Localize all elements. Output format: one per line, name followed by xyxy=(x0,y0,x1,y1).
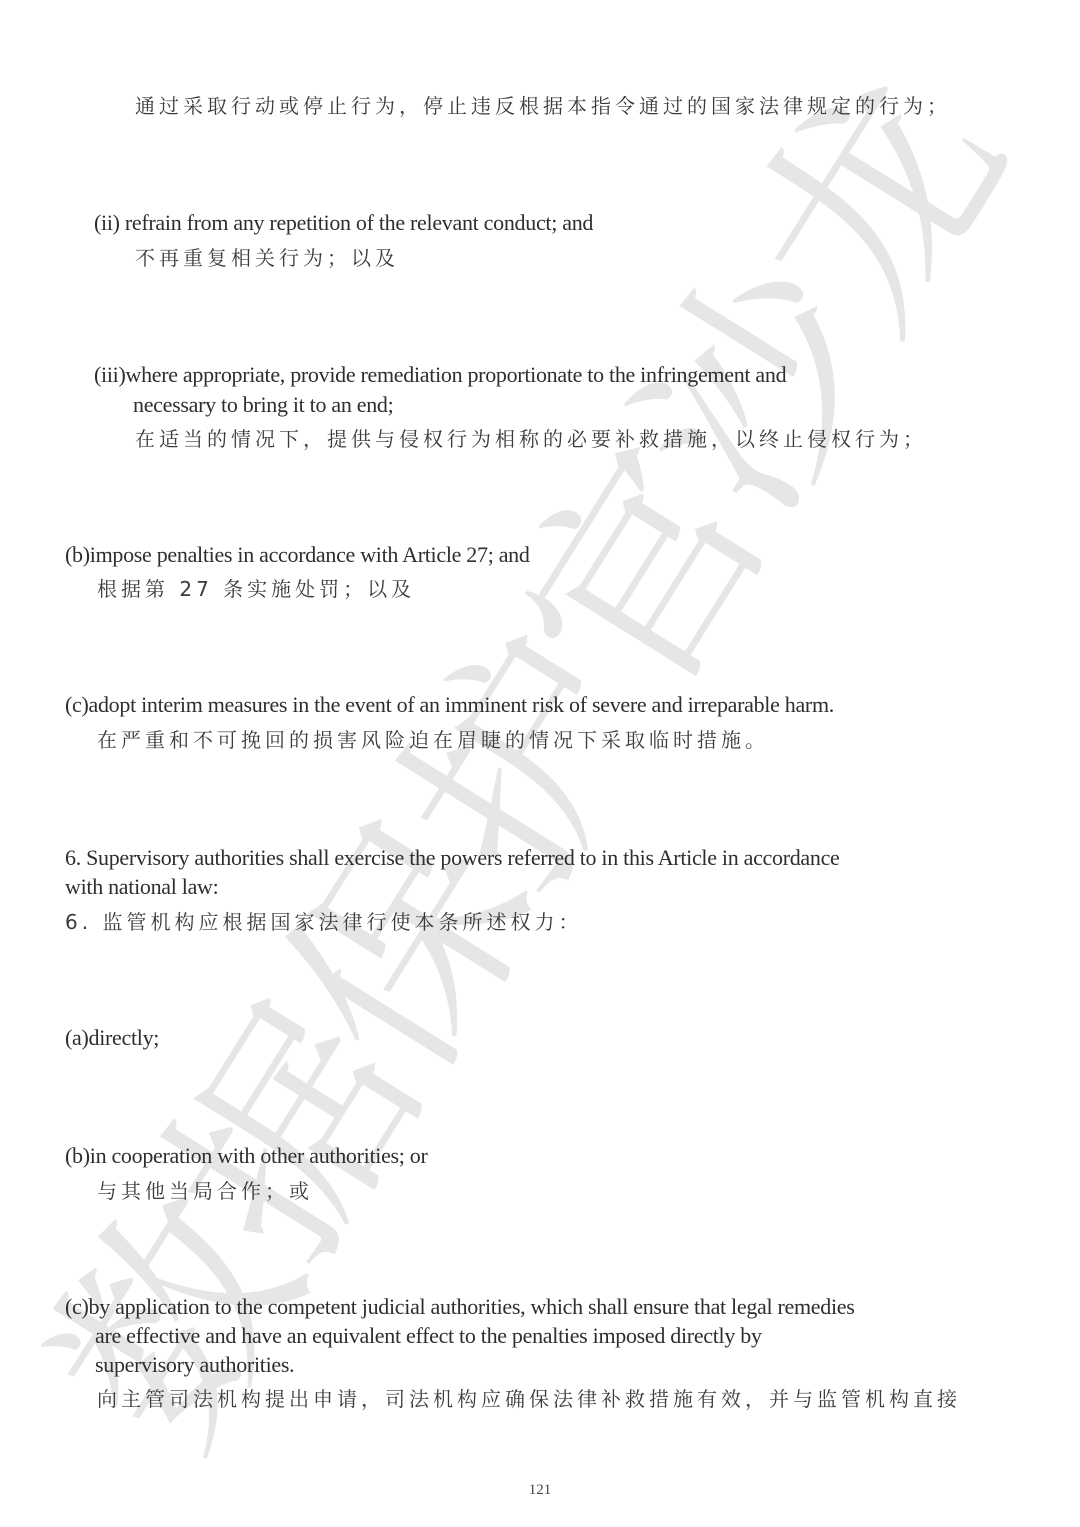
item-b-cooperation-en: (b)in cooperation with other authorities… xyxy=(65,1143,428,1169)
para-6-en-1: 6. Supervisory authorities shall exercis… xyxy=(65,845,840,871)
item-ii-zh: 不再重复相关行为；以及 xyxy=(135,242,399,271)
item-c-interim-en: (c)adopt interim measures in the event o… xyxy=(65,692,834,718)
item-b-penalties-en: (b)impose penalties in accordance with A… xyxy=(65,542,530,568)
cont-zh: 通过采取行动或停止行为，停止违反根据本指令通过的国家法律规定的行为； xyxy=(135,90,951,119)
item-iii-zh: 在适当的情况下，提供与侵权行为相称的必要补救措施，以终止侵权行为； xyxy=(135,423,927,452)
para-6-zh: 6. 监管机构应根据国家法律行使本条所述权力： xyxy=(65,906,582,935)
item-iii-en-1: (iii)where appropriate, provide remediat… xyxy=(94,362,786,388)
item-a-directly-en: (a)directly; xyxy=(65,1025,159,1051)
item-iii-en-2: necessary to bring it to an end; xyxy=(133,392,393,418)
item-ii-en: (ii) refrain from any repetition of the … xyxy=(94,210,593,236)
para-6-en-2: with national law: xyxy=(65,874,218,900)
item-c-interim-zh: 在严重和不可挽回的损害风险迫在眉睫的情况下采取临时措施。 xyxy=(97,724,769,753)
item-c-judicial-en-3: supervisory authorities. xyxy=(95,1352,294,1378)
item-c-judicial-en-2: are effective and have an equivalent eff… xyxy=(95,1323,762,1349)
page-number: 121 xyxy=(0,1482,1080,1499)
watermark: 数据保护官沙龙 xyxy=(0,133,983,1496)
item-b-cooperation-zh: 与其他当局合作；或 xyxy=(97,1175,313,1204)
item-c-judicial-en-1: (c)by application to the competent judic… xyxy=(65,1294,855,1320)
item-b-penalties-zh: 根据第 27 条实施处罚；以及 xyxy=(97,573,415,602)
item-c-judicial-zh: 向主管司法机构提出申请，司法机构应确保法律补救措施有效，并与监管机构直接 xyxy=(97,1383,961,1412)
